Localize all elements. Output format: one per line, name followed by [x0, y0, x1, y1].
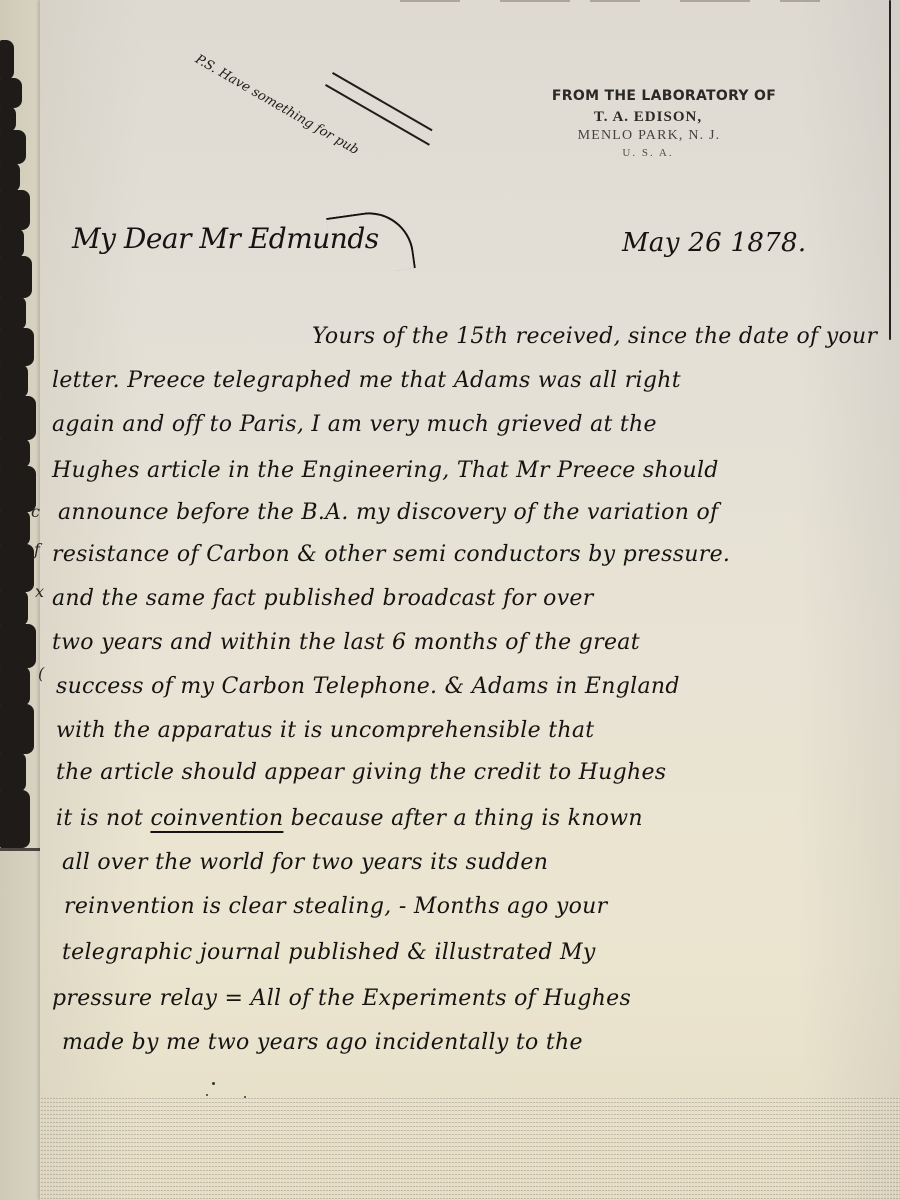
body-text: because after a thing is known	[283, 806, 642, 831]
margin-mark: x	[35, 582, 44, 601]
letter-date: May 26 1878.	[622, 228, 806, 258]
book-binding-edge	[0, 40, 38, 850]
body-line-with-emphasis: it is not coinvention because after a th…	[56, 806, 643, 831]
stamp-line-location: MENLO PARK, N. J.	[498, 128, 800, 144]
page-right-border-line	[889, 0, 891, 340]
ruled-paper-bottom	[40, 1098, 900, 1200]
body-line: pressure relay = All of the Experiments …	[52, 986, 631, 1011]
body-line: success of my Carbon Telephone. & Adams …	[56, 674, 680, 699]
body-line: with the apparatus it is uncomprehensibl…	[56, 718, 594, 743]
top-rule-mark	[590, 0, 640, 2]
ink-speck	[206, 1094, 208, 1096]
body-line: Hughes article in the Engineering, That …	[52, 458, 719, 483]
top-rule-mark	[500, 0, 570, 2]
margin-mark: c	[31, 502, 40, 521]
top-rule-mark	[780, 0, 820, 2]
body-line: again and off to Paris, I am very much g…	[52, 412, 657, 437]
body-line: and the same fact published broadcast fo…	[52, 586, 594, 611]
margin-mark: (	[38, 664, 44, 683]
body-line: telegraphic journal published & illustra…	[62, 940, 596, 965]
body-line: letter. Preece telegraphed me that Adams…	[52, 368, 681, 393]
top-rule-mark	[680, 0, 750, 2]
binding-edge-shadow	[0, 848, 45, 851]
body-line: made by me two years ago incidentally to…	[62, 1030, 583, 1055]
stamp-line-country: U. S. A.	[496, 147, 800, 159]
underlined-word-coinvention: coinvention	[150, 806, 283, 831]
stamp-line-laboratory: FROM THE LABORATORY OF	[528, 88, 800, 104]
top-rule-mark	[400, 0, 460, 2]
body-line: announce before the B.A. my discovery of…	[58, 500, 718, 525]
body-text: it is not	[56, 806, 150, 831]
ink-speck	[212, 1082, 215, 1085]
body-line: two years and within the last 6 months o…	[52, 630, 640, 655]
stamp-line-name: T. A. EDISON,	[496, 109, 800, 126]
body-line: resistance of Carbon & other semi conduc…	[52, 542, 730, 567]
letterhead-stamp: FROM THE LABORATORY OF T. A. EDISON, MEN…	[520, 88, 800, 159]
body-line: Yours of the 15th received, since the da…	[312, 324, 877, 349]
body-line: the article should appear giving the cre…	[56, 760, 666, 785]
body-line: all over the world for two years its sud…	[62, 850, 548, 875]
margin-mark: f	[34, 540, 40, 559]
body-line: reinvention is clear stealing, - Months …	[64, 894, 607, 919]
